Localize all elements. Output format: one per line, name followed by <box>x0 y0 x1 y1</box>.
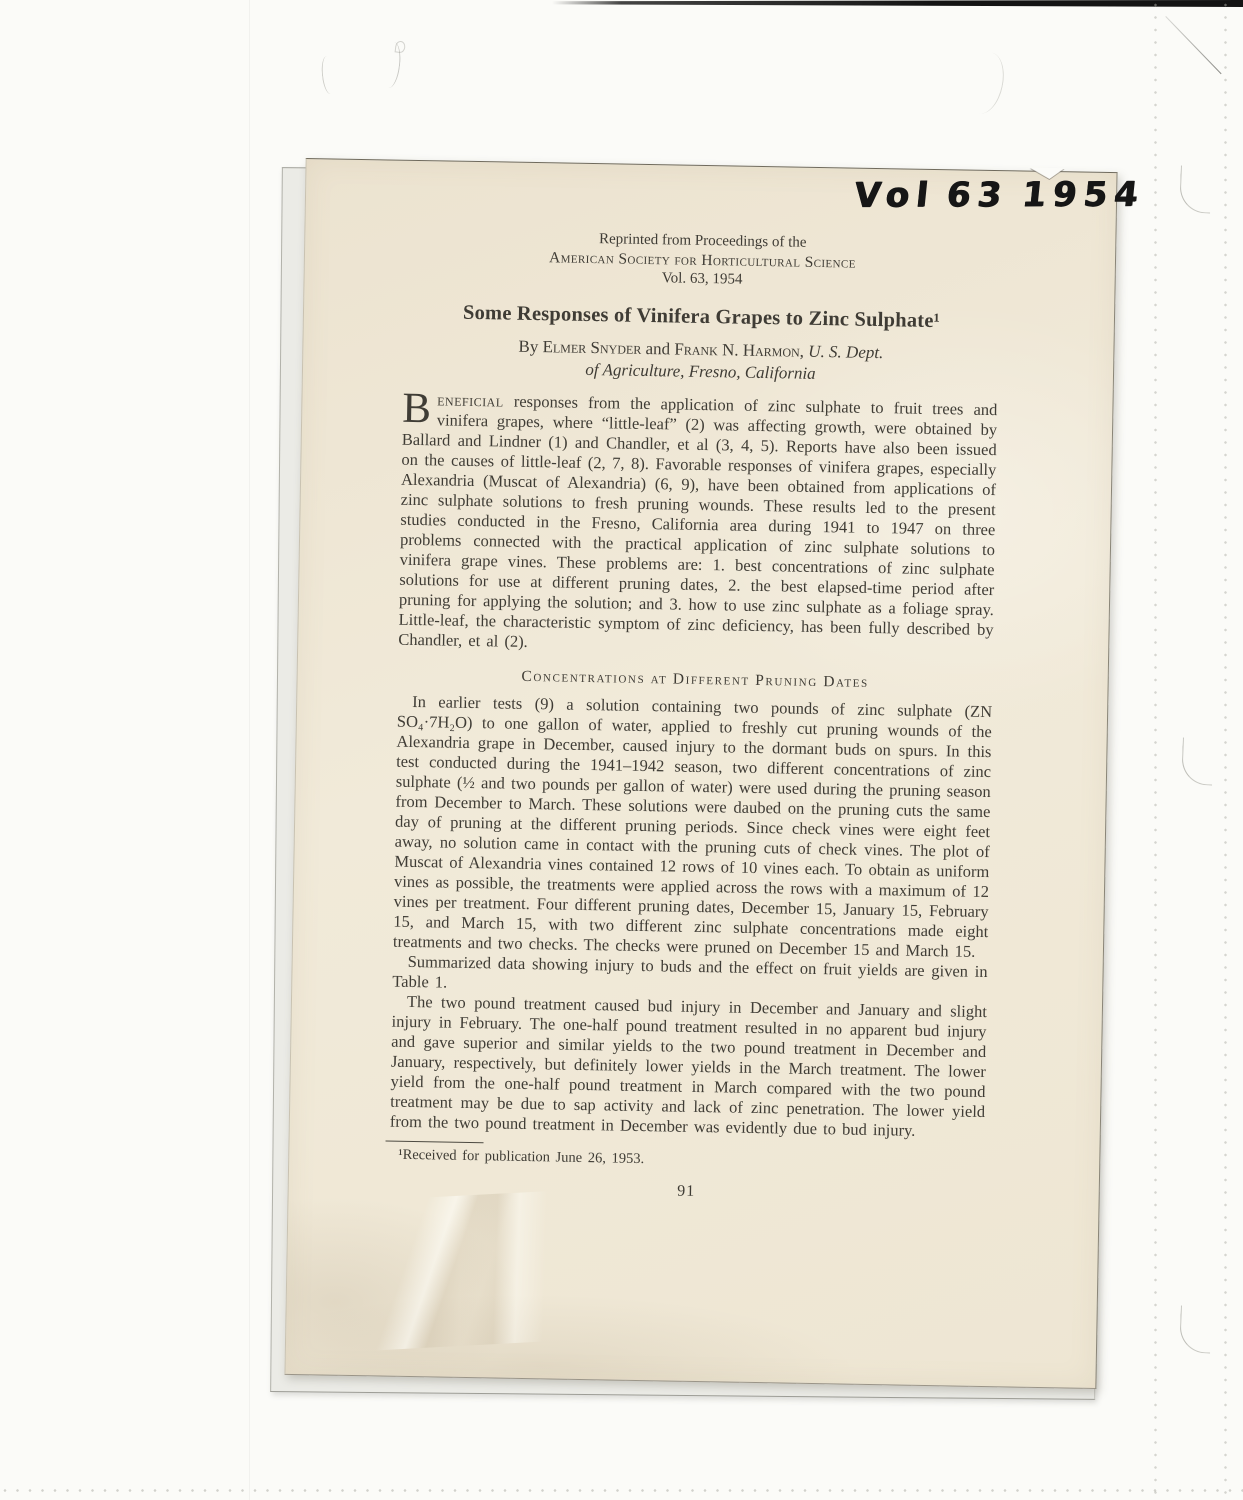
page-number: 91 <box>389 1178 984 1206</box>
byline-by: By <box>518 337 542 356</box>
printed-content: Reprinted from Proceedings of the Americ… <box>285 159 1116 1388</box>
pencil-mark <box>320 55 337 94</box>
author-1: Elmer Snyder <box>542 337 641 358</box>
paragraph-methods: In earlier tests (9) a solution containi… <box>393 692 992 962</box>
section-heading: Concentrations at Different Pruning Date… <box>398 666 993 694</box>
paragraph-intro: Beneficial responses from the applicatio… <box>398 390 997 660</box>
lead-word: eneficial <box>437 390 504 410</box>
punch-hole-mark-middle <box>1181 737 1214 785</box>
byline: By Elmer Snyder and Frank N. Harmon, U. … <box>403 334 999 388</box>
sleeve-stitch-left <box>1151 0 1160 1500</box>
article-title: Some Responses of Vinifera Grapes to Zin… <box>404 299 999 335</box>
byline-separator: , <box>800 342 809 361</box>
paragraph-intro-text: responses from the application of zinc s… <box>398 392 997 651</box>
paper-sheet: Vol631954 Reprinted from Proceedings of … <box>284 158 1117 1389</box>
byline-conjunction: and <box>641 339 674 359</box>
pencil-mark <box>962 49 1009 117</box>
punch-hole-mark-bottom <box>1179 1305 1212 1353</box>
reprint-header: Reprinted from Proceedings of the Americ… <box>405 227 1001 294</box>
footnote-rule <box>386 1141 484 1144</box>
punch-hole-mark-top <box>1179 165 1212 213</box>
affiliation-line-2: of Agriculture, Fresno, California <box>585 360 816 383</box>
paragraph-results: The two pound treatment caused bud injur… <box>390 992 987 1142</box>
sleeve-crease <box>1165 16 1222 75</box>
sleeve-fold-line <box>249 0 250 1500</box>
sleeve-stitch-right <box>1221 0 1230 1500</box>
author-2: Frank N. Harmon <box>674 339 800 360</box>
scanner-edge-strip <box>552 0 1243 7</box>
sleeve-stitch-bottom <box>0 1486 1243 1495</box>
affiliation-line-1: U. S. Dept. <box>808 342 883 362</box>
scanned-page: Vol631954 Reprinted from Proceedings of … <box>0 0 1243 1500</box>
drop-cap: B <box>402 390 437 427</box>
footnote: ¹Received for publication June 26, 1953. <box>389 1146 984 1175</box>
pencil-mark <box>380 41 402 89</box>
